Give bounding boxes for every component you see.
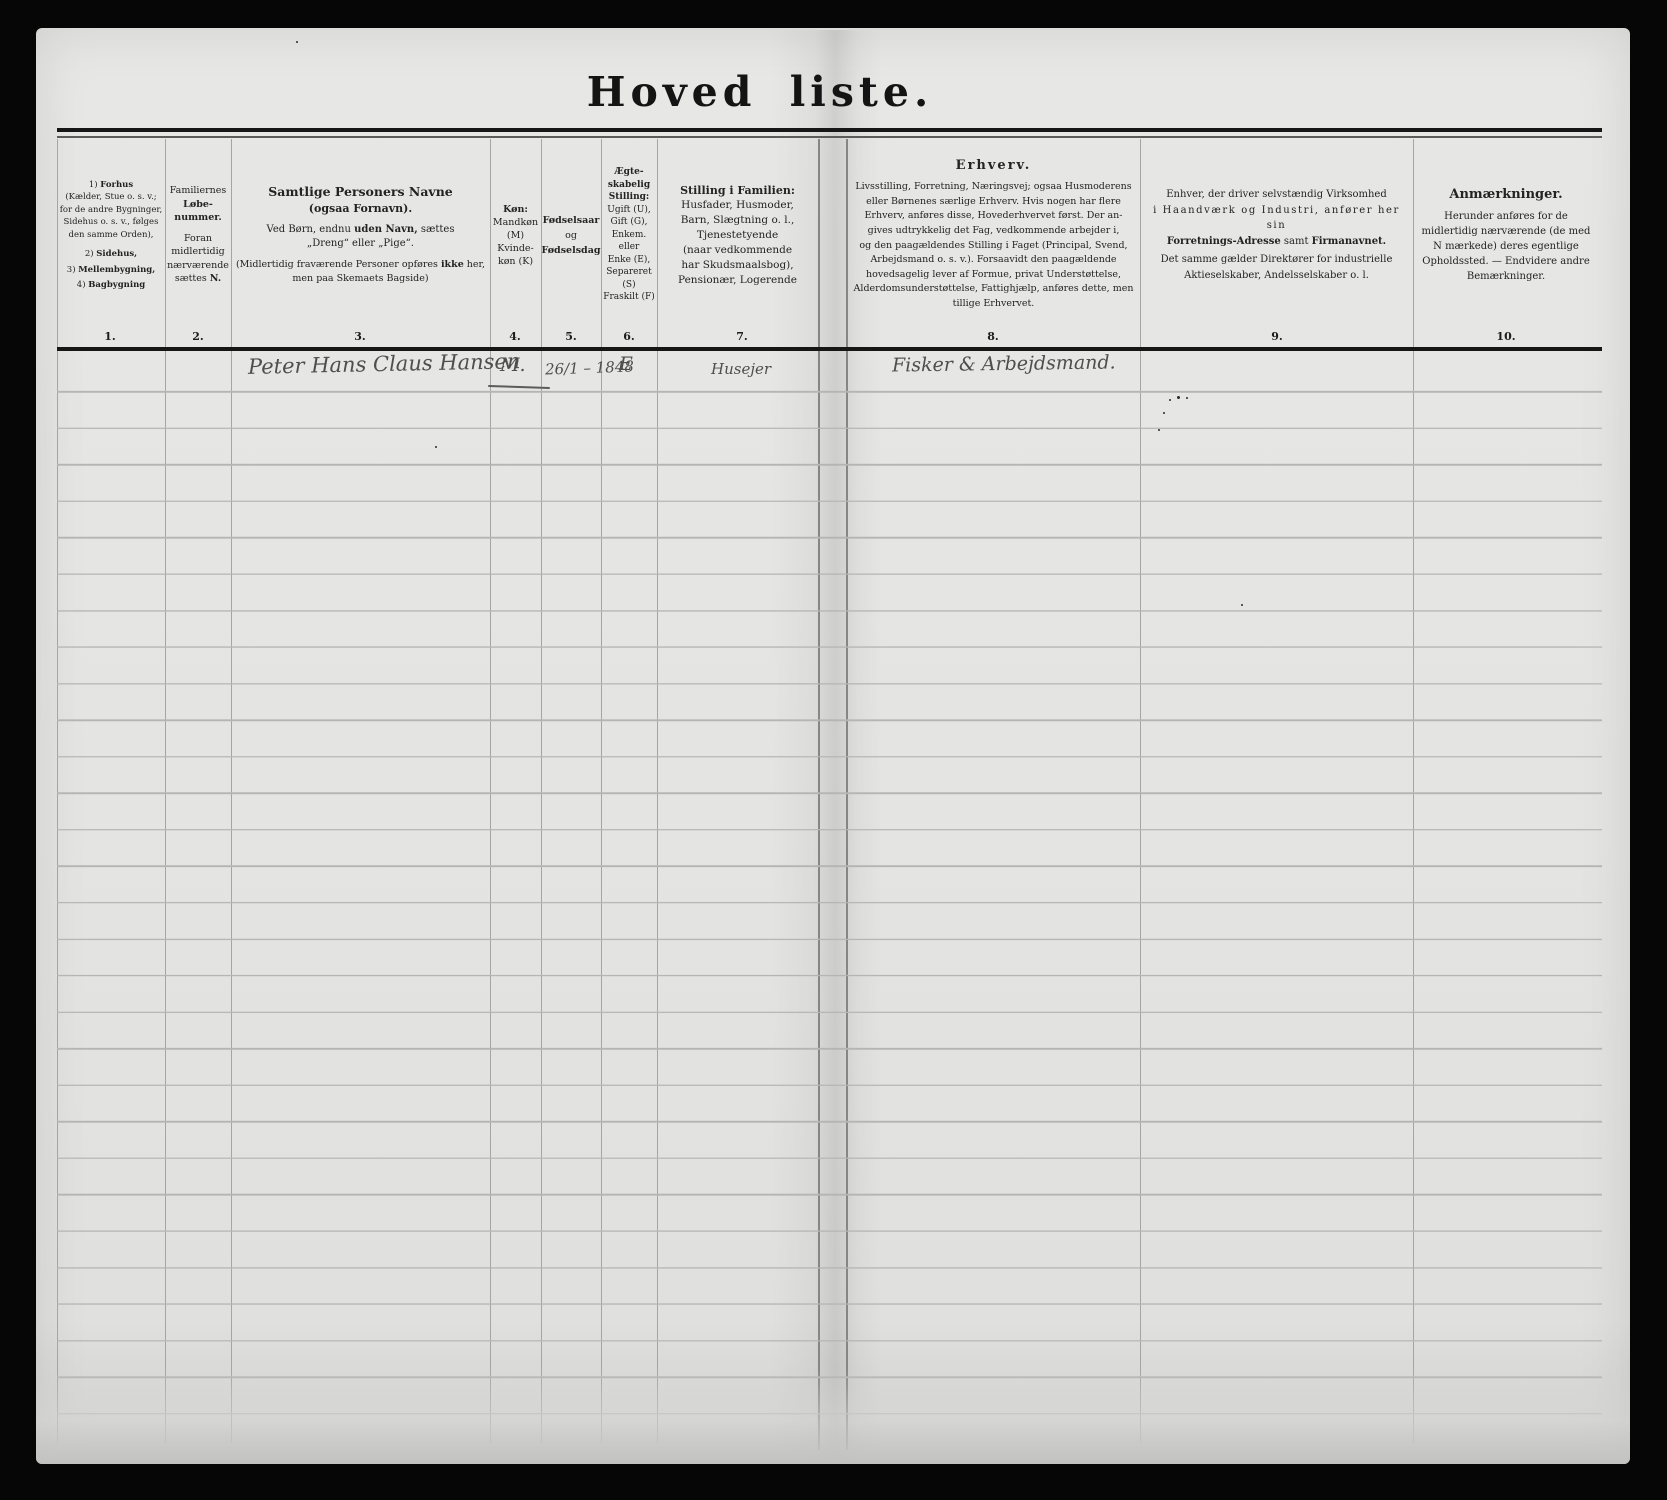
header-line: N mærkede) deres egentlige xyxy=(1433,239,1579,254)
header-line: nummer. xyxy=(174,211,221,225)
header-line: Forretnings-Adresse samt Firmanavnet. xyxy=(1167,234,1386,250)
header-line: 2) Sidehus, xyxy=(85,248,137,261)
ink-speck xyxy=(1177,396,1180,399)
scan-background: Hoved liste. 1) Forhus (Kælder, Stue o. … xyxy=(0,0,1667,1500)
header-line: Husfader, Husmoder, xyxy=(681,198,794,213)
column-header-names: Samtlige Personers Navne (ogsaa Fornavn)… xyxy=(233,142,488,328)
header-line: Det samme gælder Direktører for industri… xyxy=(1161,252,1393,268)
column-number-7: 7. xyxy=(736,330,747,343)
header-line: Aktieselskaber, Andelsselskaber o. l. xyxy=(1184,268,1369,284)
header-line: Fødselsaar xyxy=(543,213,600,228)
header-line: og xyxy=(565,228,577,243)
header-line: Kvinde- xyxy=(497,242,534,255)
ink-speck xyxy=(435,446,437,448)
entry-occupation: Fisker & Arbejdsmand. xyxy=(892,351,1116,376)
page-title: Hoved liste. xyxy=(0,68,1520,116)
header-line: Arbejdsmand o. s. v.). Forsaavidt den pa… xyxy=(870,253,1116,268)
header-line: Barn, Slægtning o. l., xyxy=(681,213,795,228)
header-line: midlertidig xyxy=(171,245,224,259)
header-line: 1) Forhus xyxy=(89,179,133,192)
header-line: Sidehus o. s. v., følges xyxy=(64,216,159,229)
column-header-occupation: Erhverv. Livsstilling, Forretning, Nærin… xyxy=(849,142,1138,328)
ruled-rows xyxy=(57,351,1602,1443)
header-line: 3) Mellembygning, xyxy=(67,264,155,277)
header-line: Enhver, der driver selvstændig Virksomhe… xyxy=(1166,187,1387,203)
header-line: Ved Børn, endnu uden Navn, sættes xyxy=(267,223,455,237)
column-header-birth: Fødselsaar og Fødselsdag xyxy=(543,142,599,328)
column-header-remarks: Anmærkninger. Herunder anføres for de mi… xyxy=(1415,142,1597,328)
ink-speck xyxy=(1241,604,1243,606)
header-line: for de andre Bygninger, xyxy=(60,204,162,217)
header-title: Samtlige Personers Navne xyxy=(268,185,453,199)
header-line: (naar vedkommende xyxy=(683,243,792,258)
header-line: Pensionær, Logerende xyxy=(678,273,797,288)
header-line: Enke (E), xyxy=(608,254,650,267)
header-line: Fødselsdag xyxy=(542,243,601,258)
column-number-1: 1. xyxy=(104,330,115,343)
header-line: Familiernes xyxy=(170,184,227,198)
header-line: men paa Skemaets Bagside) xyxy=(292,272,428,286)
column-number-4: 4. xyxy=(509,330,520,343)
header-line: Separeret xyxy=(606,266,652,279)
header-subtitle: (ogsaa Fornavn). xyxy=(309,202,412,216)
header-line: gives udtrykkelig det Fag, vedkommende a… xyxy=(868,224,1120,239)
header-line: Enkem. eller xyxy=(603,229,655,254)
column-header-marital-status: Ægte- skabelig Stilling: Ugift (U), Gift… xyxy=(603,142,655,328)
column-number-6: 6. xyxy=(623,330,634,343)
header-line: sættes N. xyxy=(175,272,221,286)
column-header-family-position: Stilling i Familien: Husfader, Husmoder,… xyxy=(659,142,816,328)
column-number-5: 5. xyxy=(565,330,576,343)
ink-speck xyxy=(1158,429,1160,431)
ink-speck xyxy=(296,41,298,43)
header-line: Livsstilling, Forretning, Næringsvej; og… xyxy=(855,180,1131,195)
header-title: Anmærkninger. xyxy=(1449,187,1562,202)
title-rule-thin xyxy=(57,136,1602,138)
header-line: den samme Orden), xyxy=(69,229,154,242)
header-line: „Dreng“ eller „Pige“. xyxy=(307,237,414,251)
header-line: i Haandværk og Industri, anfører her sin xyxy=(1142,203,1411,234)
header-line: (Kælder, Stue o. s. v.; xyxy=(65,191,156,204)
header-title: Erhverv. xyxy=(956,159,1032,174)
header-line: Bemærkninger. xyxy=(1467,269,1545,284)
header-line: hovedsagelig lever af Formue, privat Und… xyxy=(866,268,1121,283)
header-line: Herunder anføres for de xyxy=(1444,209,1568,224)
header-line: (M) xyxy=(507,229,524,242)
ink-speck xyxy=(1163,412,1165,414)
header-line: køn (K) xyxy=(498,255,533,268)
header-line: Tjenestetyende xyxy=(697,228,778,243)
header-line: Ægte- xyxy=(614,166,643,179)
header-line: 4) Bagbygning xyxy=(77,279,145,292)
header-line: skabelig xyxy=(608,179,650,192)
header-line: Erhverv, anføres disse, Hovederhvervet f… xyxy=(864,209,1122,224)
header-line: nærværende xyxy=(167,259,229,273)
entry-marital-status: E xyxy=(619,353,633,375)
column-header-business-address: Enhver, der driver selvstændig Virksomhe… xyxy=(1142,142,1411,328)
page-bottom-shadow xyxy=(36,1368,1630,1464)
header-line: eller Børnenes særlige Erhverv. Hvis nog… xyxy=(866,195,1121,210)
header-line: Foran xyxy=(184,232,212,246)
column-header-building: 1) Forhus (Kælder, Stue o. s. v.; for de… xyxy=(59,142,163,328)
column-number-10: 10. xyxy=(1496,330,1515,343)
header-line: Alderdomsunderstøttelse, Fattighjælp, an… xyxy=(854,282,1134,297)
ink-speck xyxy=(1169,399,1171,401)
header-line: midlertidig nærværende (de med xyxy=(1422,224,1591,239)
header-line: Ugift (U), xyxy=(607,204,651,217)
column-number-2: 2. xyxy=(192,330,203,343)
header-line: Stilling: xyxy=(609,191,650,204)
header-line: og den paagældendes Stilling i Faget (Pr… xyxy=(859,239,1127,254)
header-line: har Skudsmaalsbog), xyxy=(681,258,793,273)
header-line: Køn: xyxy=(503,203,528,216)
ink-speck xyxy=(1186,397,1188,399)
header-line: Opholdssted. — Endvidere andre xyxy=(1422,254,1590,269)
column-header-sex: Køn: Mandkøn (M) Kvinde- køn (K) xyxy=(492,142,539,328)
header-bottom-rule xyxy=(57,347,1602,351)
header-line: (Midlertidig fraværende Personer opføres… xyxy=(236,258,485,272)
header-line: tillige Erhvervet. xyxy=(953,297,1035,312)
header-title: Stilling i Familien: xyxy=(680,183,795,198)
header-line: Løbe- xyxy=(183,198,213,212)
header-line: (S) xyxy=(622,279,635,292)
column-number-9: 9. xyxy=(1271,330,1282,343)
header-line: Fraskilt (F) xyxy=(603,291,655,304)
column-number-3: 3. xyxy=(354,330,365,343)
header-line: Mandkøn xyxy=(493,216,538,229)
header-line: Gift (G), xyxy=(611,216,648,229)
title-rule-heavy xyxy=(57,128,1602,132)
entry-sex: M. xyxy=(500,354,526,376)
column-number-8: 8. xyxy=(987,330,998,343)
entry-family-position: Husejer xyxy=(711,360,771,378)
column-header-family-number: Familiernes Løbe- nummer. Foran midlerti… xyxy=(167,142,229,328)
